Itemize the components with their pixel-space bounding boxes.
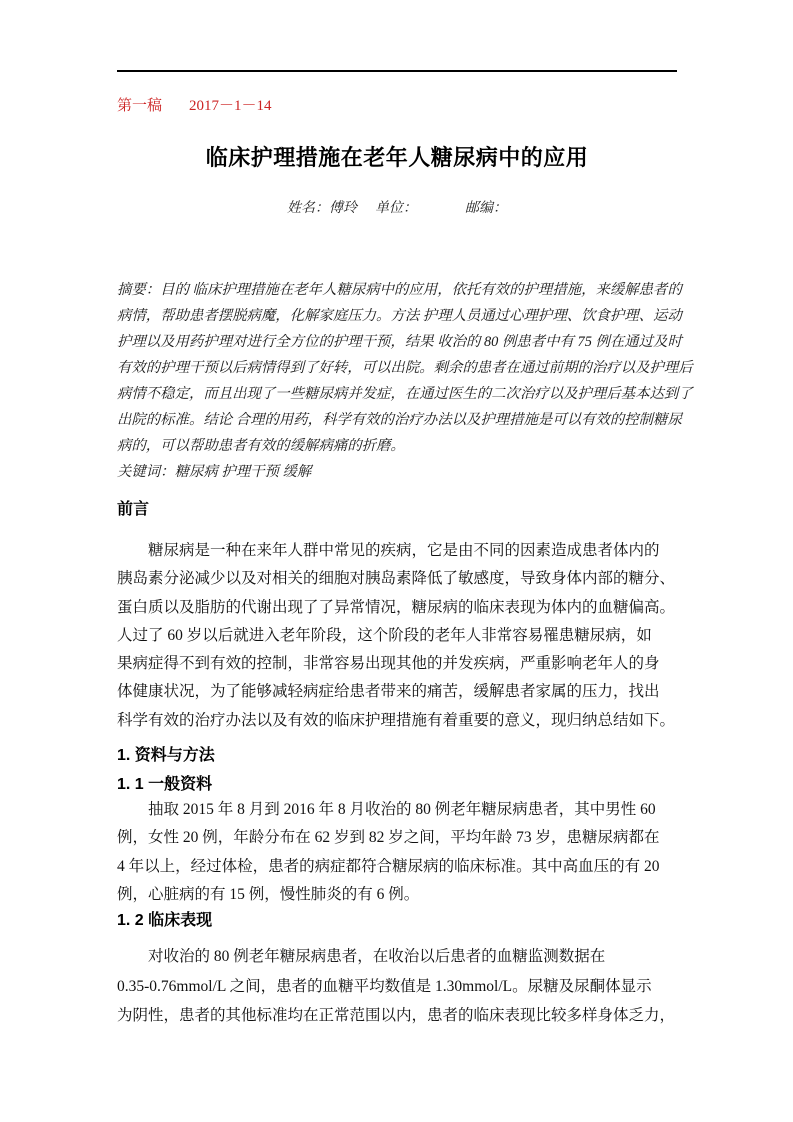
section-heading-general-data: 1. 1 一般资料 bbox=[117, 771, 677, 794]
abstract-block: 摘要：目的 临床护理措施在老年人糖尿病中的应用，依托有效的护理措施，来缓解患者的… bbox=[117, 277, 677, 485]
text-line: 糖尿病是一种在来年人群中常见的疾病，它是由不同的因素造成患者体内的 bbox=[117, 537, 677, 565]
draft-date: 2017－1－14 bbox=[189, 98, 272, 114]
text-line: 4 年以上，经过体检，患者的病症都符合糖尿病的临床标准。其中高血压的有 20 bbox=[117, 853, 677, 881]
text-line: 对收治的 80 例老年糖尿病患者，在收治以后患者的血糖监测数据在 bbox=[117, 942, 677, 972]
text-line: 科学有效的治疗办法以及有效的临床护理措施有着重要的意义，现归纳总结如下。 bbox=[117, 707, 677, 735]
byline-postcode-label: 邮编： bbox=[465, 201, 507, 216]
section-heading-methods: 1. 资料与方法 bbox=[117, 742, 677, 765]
preface-paragraph: 糖尿病是一种在来年人群中常见的疾病，它是由不同的因素造成患者体内的胰岛素分泌减少… bbox=[117, 537, 677, 735]
clinical-paragraph: 对收治的 80 例老年糖尿病患者，在收治以后患者的血糖监测数据在0.35-0.7… bbox=[117, 942, 677, 1031]
section-heading-preface: 前言 bbox=[117, 496, 677, 519]
text-line: 护理以及用药护理对进行全方位的护理干预，结果 收治的 80 例患者中有 75 例… bbox=[117, 329, 677, 355]
byline-name-value: 傅玲 bbox=[329, 201, 357, 216]
text-line: 0.35-0.76mmol/L 之间，患者的血糖平均数值是 1.30mmol/L… bbox=[117, 972, 677, 1002]
text-line: 病情不稳定，而且出现了一些糖尿病并发症，在通过医生的二次治疗以及护理后基本达到了 bbox=[117, 381, 677, 407]
text-line: 例，心脏病的有 15 例，慢性肺炎的有 6 例。 bbox=[117, 881, 677, 909]
page-title: 临床护理措施在老年人糖尿病中的应用 bbox=[117, 141, 677, 172]
text-line: 为阴性，患者的其他标准均在正常范围以内，患者的临床表现比较多样身体乏力， bbox=[117, 1001, 677, 1031]
section-heading-clinical: 1. 2 临床表现 bbox=[117, 907, 677, 930]
general-data-paragraph: 抽取 2015 年 8 月到 2016 年 8 月收治的 80 例老年糖尿病患者… bbox=[117, 796, 677, 909]
draft-label: 第一稿 bbox=[117, 98, 162, 114]
text-line: 蛋白质以及脂肪的代谢出现了了异常情况，糖尿病的临床表现为体内的血糖偏高。 bbox=[117, 594, 677, 622]
text-line: 胰岛素分泌减少以及对相关的细胞对胰岛素降低了敏感度，导致身体内部的糖分、 bbox=[117, 565, 677, 593]
text-line: 人过了 60 岁以后就进入老年阶段，这个阶段的老年人非常容易罹患糖尿病，如 bbox=[117, 622, 677, 650]
byline-name-label: 姓名： bbox=[287, 201, 329, 216]
text-line: 病的，可以帮助患者有效的缓解病痛的折磨。 bbox=[117, 433, 677, 459]
document-page: 第一稿2017－1－14 临床护理措施在老年人糖尿病中的应用 姓名：傅玲单位：邮… bbox=[0, 0, 793, 1122]
text-line: 果病症得不到有效的控制，非常容易出现其他的并发疾病，严重影响老年人的身 bbox=[117, 650, 677, 678]
keywords-line: 关键词：糖尿病 护理干预 缓解 bbox=[117, 459, 677, 485]
text-line: 病情，帮助患者摆脱病魔，化解家庭压力。方法 护理人员通过心理护理、饮食护理、运动 bbox=[117, 303, 677, 329]
text-line: 摘要：目的 临床护理措施在老年人糖尿病中的应用，依托有效的护理措施，来缓解患者的 bbox=[117, 277, 677, 303]
header-rule bbox=[117, 70, 677, 72]
text-line: 有效的护理干预以后病情得到了好转，可以出院。剩余的患者在通过前期的治疗以及护理后 bbox=[117, 355, 677, 381]
byline-unit-label: 单位： bbox=[375, 201, 417, 216]
text-line: 抽取 2015 年 8 月到 2016 年 8 月收治的 80 例老年糖尿病患者… bbox=[117, 796, 677, 824]
abstract-lines: 摘要：目的 临床护理措施在老年人糖尿病中的应用，依托有效的护理措施，来缓解患者的… bbox=[117, 277, 677, 459]
text-line: 出院的标准。结论 合理的用药，科学有效的治疗办法以及护理措施是可以有效的控制糖尿 bbox=[117, 407, 677, 433]
text-line: 体健康状况，为了能够减轻病症给患者带来的痛苦，缓解患者家属的压力，找出 bbox=[117, 678, 677, 706]
text-line: 例，女性 20 例，年龄分布在 62 岁到 82 岁之间，平均年龄 73 岁，患… bbox=[117, 824, 677, 852]
byline: 姓名：傅玲单位：邮编： bbox=[117, 197, 677, 217]
draft-header: 第一稿2017－1－14 bbox=[117, 94, 677, 115]
